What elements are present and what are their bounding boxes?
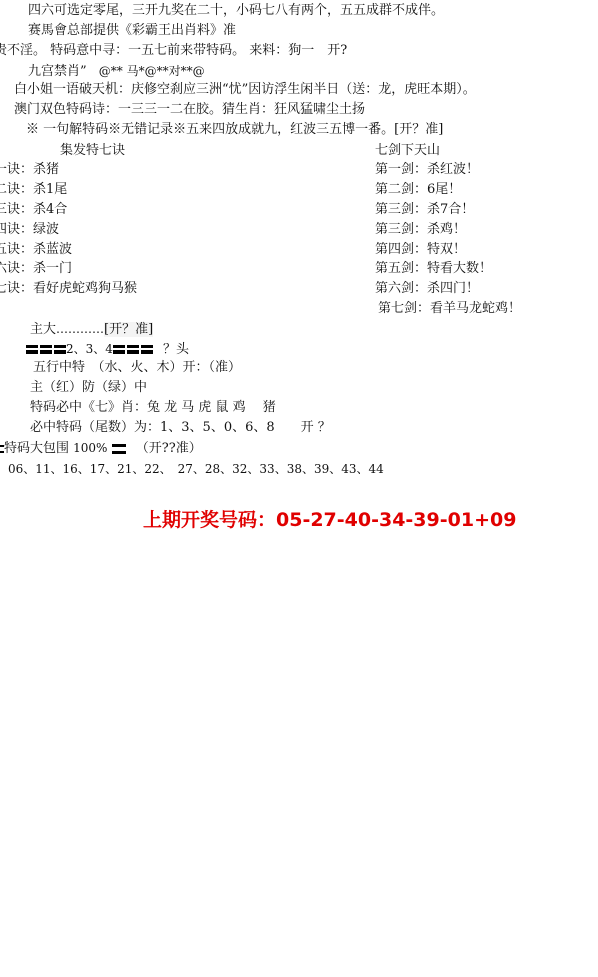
intro-line-6: 澳门双色特码诗：一三三一二在胶。猜生肖：狂风猛啸尘土扬: [14, 101, 365, 119]
numbers-line: 06、11、16、17、21、22、 27、28、32、33、38、39、43、…: [8, 460, 384, 478]
right-item: 第三剑：杀7合！: [375, 201, 474, 219]
jiugong-label: 九宫禁肖”: [28, 64, 87, 79]
wuxing-line: 五行中特 （水、火、木）开：（准）: [33, 359, 241, 377]
right-item: 第七剑：看羊马龙蛇鸡！: [378, 300, 521, 318]
right-item: 第四剑：特双！: [375, 241, 466, 259]
bizhong-xiao-line: 特码必中《七》肖：兔 龙 马 虎 鼠 鸡 猪: [30, 399, 276, 417]
bar-decoration-icon: [112, 444, 126, 454]
head-numbers: 2、3、4: [66, 342, 113, 356]
head-suffix: ？头: [163, 342, 189, 357]
right-item: 第五剑：特看大数！: [375, 260, 492, 278]
left-item: 七诀：看好虎蛇鸡狗马猴: [0, 280, 137, 298]
left-item: 四诀：绿波: [0, 221, 59, 239]
zhuda-label: 主大: [30, 322, 56, 337]
right-item: 第二剑：6尾！: [375, 181, 461, 199]
right-column-title: 七剑下天山: [375, 142, 440, 160]
intro-line-7: ※ 一句解特码※无错记录※五来四放成就九，红波三五博一番。[开？准]: [26, 121, 443, 139]
zhufang-line: 主（红）防（绿）中: [30, 379, 147, 397]
zhuda-dots: …………: [56, 322, 104, 336]
weishu-line: 必中特码（尾数）为：1、3、5、0、6、8 开 ？: [30, 419, 331, 437]
head-line: 2、3、4 ？头: [26, 340, 189, 359]
zhuda-tag: [开？准]: [104, 322, 153, 337]
intro-line-3: 贵不淫。 特码意中寻：一五七前来带特码。 来料：狗一 开?: [0, 42, 347, 60]
left-column-title: 集发特七诀: [60, 142, 125, 160]
right-item: 第六剑：杀四门！: [375, 280, 479, 298]
right-item: 第一剑：杀红波！: [375, 161, 479, 179]
intro-line-4: 九宫禁肖” @** 马*@**对**@: [28, 62, 205, 81]
baowei-tag: （开??准）: [136, 441, 202, 456]
right-item: 第三剑：杀鸡！: [375, 221, 466, 239]
baowei-pct: 100%: [73, 441, 107, 455]
baowei-line: 特码大包围 100% （开??准）: [0, 439, 202, 458]
left-item: 六诀：杀一门: [0, 260, 72, 278]
intro-line-5: 白小姐一语破天机：庆修空刹应三洲“忧”因访浮生闲半日（送：龙，虎旺本期）。: [14, 81, 476, 99]
left-item: 三诀：杀4合: [0, 201, 67, 219]
bar-decoration-icon: [26, 345, 66, 354]
left-item: 一诀：杀猪: [0, 161, 59, 179]
bar-decoration-icon: [113, 345, 153, 354]
intro-line-1: 四六可选定零尾，三开九奖在二十，小码七八有两个，五五成群不成伴。: [28, 2, 444, 20]
last-draw-result: 上期开奖号码：05-27-40-34-39-01+09: [143, 508, 516, 532]
intro-line-2: 赛馬會总部提供《彩霸王出肖料》准: [28, 22, 236, 40]
left-item: 二诀：杀1尾: [0, 181, 67, 199]
baowei-label: 特码大包围: [4, 441, 69, 456]
jiugong-code: @** 马*@**对**@: [99, 64, 205, 78]
zhuda-line: 主大…………[开？准]: [30, 320, 153, 339]
bar-decoration-icon: [0, 445, 4, 453]
left-item: 五诀：杀蓝波: [0, 241, 72, 259]
